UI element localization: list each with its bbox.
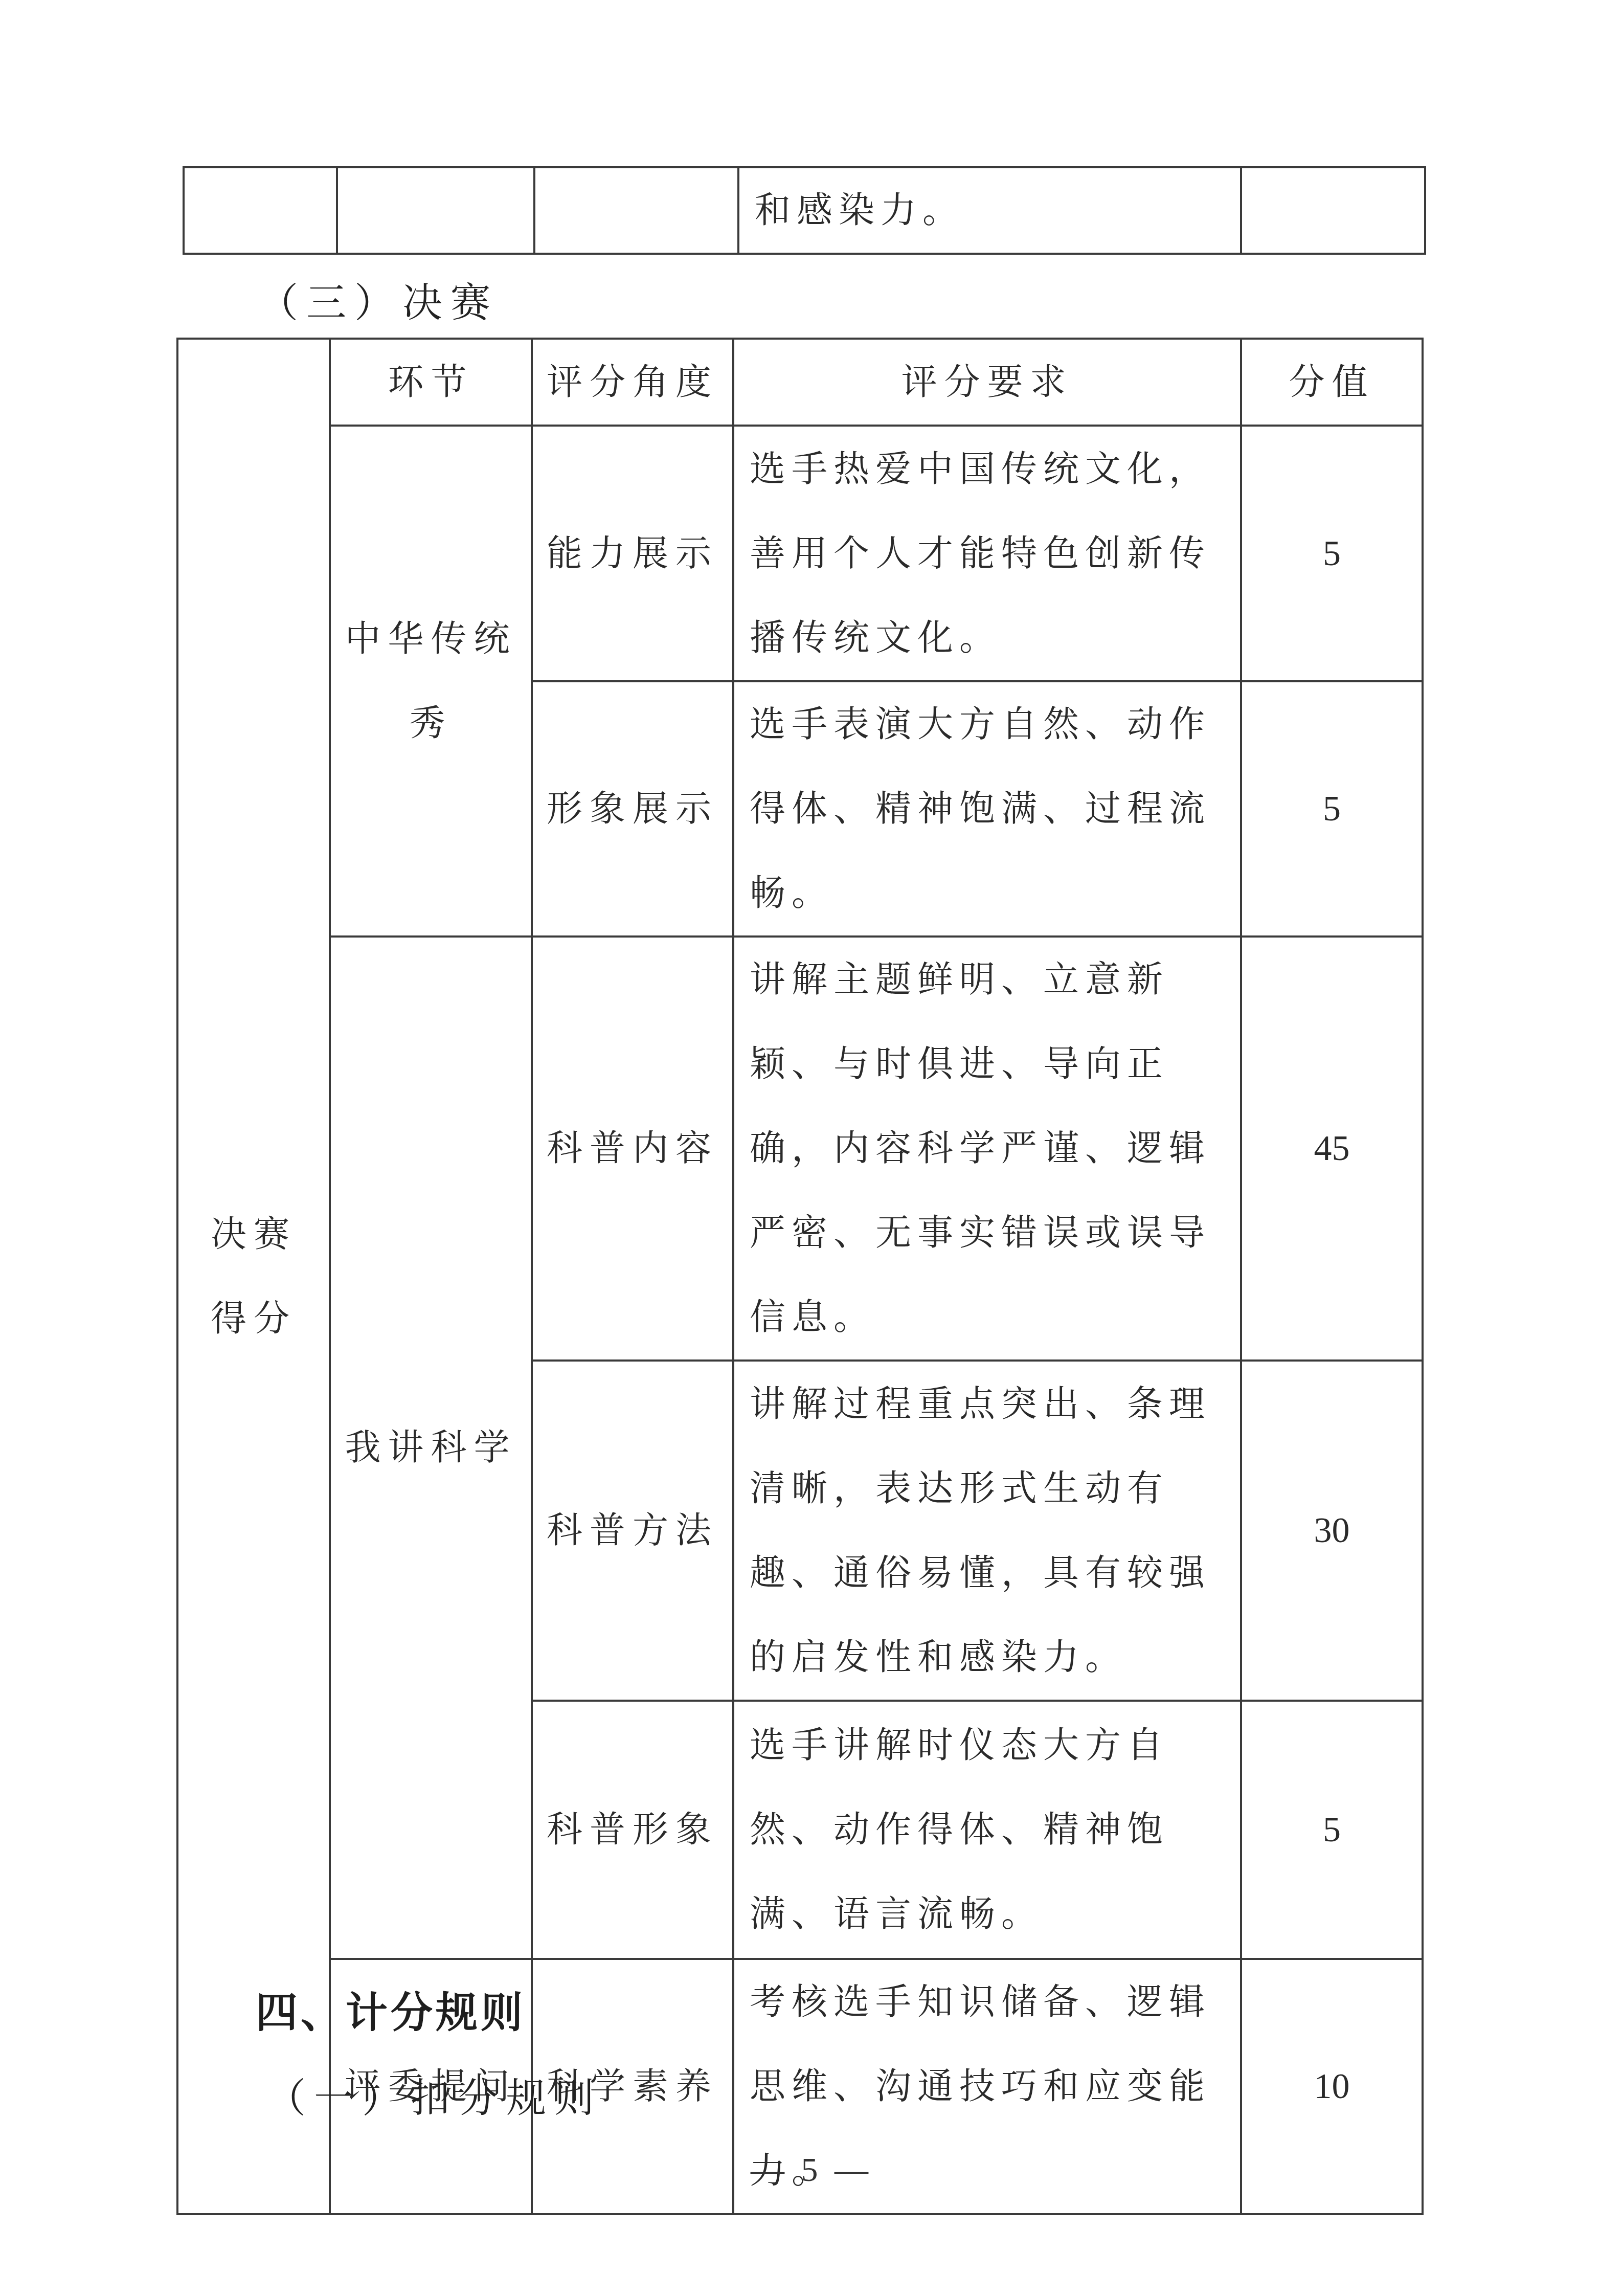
angle-cell: 科普形象 [532, 1701, 733, 1959]
page-number: — 5 — [0, 2151, 1623, 2190]
score-cell: 5 [1241, 426, 1423, 681]
requirement-cell: 选手热爱中国传统文化，善用个人才能特色创新传播传统文化。 [733, 426, 1241, 681]
requirement-cell: 选手表演大方自然、动作得体、精神饱满、过程流畅。 [733, 681, 1241, 937]
row-label-final-score: 决赛 得分 [177, 339, 330, 2214]
final-scoring-table: 决赛 得分 环节 评分角度 评分要求 分值 中华传统 秀 能力展示 选手热爱中国… [176, 338, 1424, 2215]
score-cell: 45 [1241, 937, 1423, 1361]
requirement-cell: 选手讲解时仪态大方自然、动作得体、精神饱满、语言流畅。 [733, 1701, 1241, 1959]
header-score: 分值 [1241, 339, 1423, 426]
heading-scoring-rules: 四、计分规则 [256, 1979, 526, 2039]
angle-cell: 能力展示 [532, 426, 733, 681]
angle-cell: 科普方法 [532, 1361, 733, 1701]
row-label-line: 决赛 [211, 1192, 297, 1277]
angle-cell: 科普内容 [532, 937, 733, 1361]
score-cell: 5 [1241, 1701, 1423, 1959]
angle-cell: 形象展示 [532, 681, 733, 937]
requirement-cell: 讲解过程重点突出、条理清晰，表达形式生动有趣、通俗易懂，具有较强的启发性和感染力… [733, 1361, 1241, 1701]
stage-line: 中华传统 [345, 597, 517, 681]
subheading-deduction-rules: （一）扣分规则 [266, 2066, 602, 2124]
table-header-row: 决赛 得分 环节 评分角度 评分要求 分值 [177, 339, 1423, 426]
table-row: 和感染力。 [184, 167, 1425, 254]
table-row: 我讲科学 科普内容 讲解主题鲜明、立意新颖、与时俱进、导向正确，内容科学严谨、逻… [177, 937, 1423, 1361]
requirement-cell: 讲解主题鲜明、立意新颖、与时俱进、导向正确，内容科学严谨、逻辑严密、无事实错误或… [733, 937, 1241, 1361]
table-row: 中华传统 秀 能力展示 选手热爱中国传统文化，善用个人才能特色创新传播传统文化。… [177, 426, 1423, 681]
table-cell [1241, 167, 1425, 254]
header-stage: 环节 [330, 339, 532, 426]
table-cell [337, 167, 534, 254]
section-heading-final: （三）决赛 [258, 271, 499, 328]
header-angle: 评分角度 [532, 339, 733, 426]
table-cell-requirement: 和感染力。 [738, 167, 1241, 254]
table-cell [534, 167, 738, 254]
table-cell [184, 167, 337, 254]
stage-cell-traditional-show: 中华传统 秀 [330, 426, 532, 937]
stage-cell-i-talk-science: 我讲科学 [330, 937, 532, 1959]
score-cell: 5 [1241, 681, 1423, 937]
header-requirement: 评分要求 [733, 339, 1241, 426]
row-label-line: 得分 [211, 1277, 297, 1361]
previous-table-fragment: 和感染力。 [183, 166, 1426, 255]
score-cell: 30 [1241, 1361, 1423, 1701]
stage-line: 秀 [410, 681, 453, 766]
